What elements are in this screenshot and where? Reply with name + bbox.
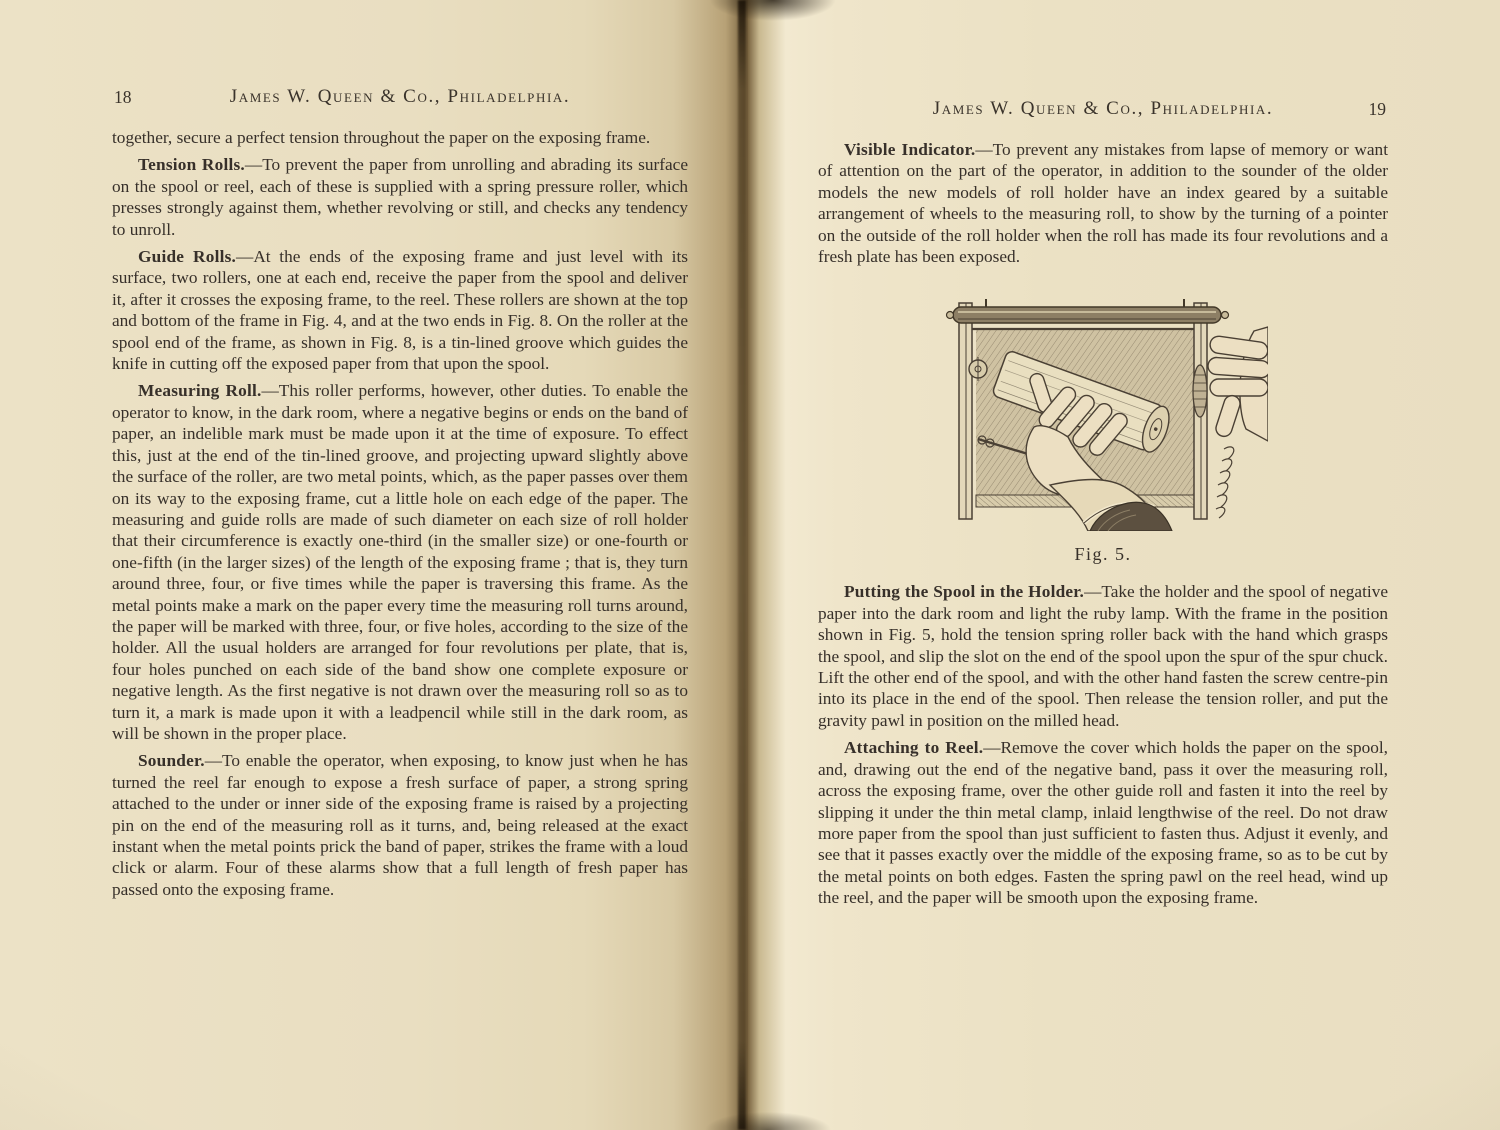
right-running-title: James W. Queen & Co., Philadelphia. [818,98,1388,120]
paragraph-text: —Remove the cover which holds the paper … [818,738,1388,907]
figure-5-caption: Fig. 5. [933,544,1273,565]
left-page-header: 18 James W. Queen & Co., Philadelphia. [112,86,688,112]
paragraph-lead: Measuring Roll. [138,381,262,400]
paragraph-measuring-roll: Measuring Roll.—This roller performs, ho… [112,380,688,744]
figure-5-illustration [938,291,1268,531]
book-scan: { "colors": { "paper": "#e9dec1", "paper… [0,0,1500,1130]
paragraph-lead: Attaching to Reel. [844,738,983,757]
milled-head [1193,365,1207,417]
paragraph-lead: Guide Rolls. [138,247,236,266]
paragraph-guide-rolls: Guide Rolls.—At the ends of the exposing… [112,246,688,374]
paragraph-tension-rolls: Tension Rolls.—To prevent the paper from… [112,154,688,240]
right-hand [1207,327,1268,441]
right-page-number: 19 [1369,99,1387,120]
paragraph-text: —Take the holder and the spool of negati… [818,582,1388,729]
paragraph-lead: Tension Rolls. [138,155,245,174]
paragraph-lead: Sounder. [138,751,205,770]
reel-roller [947,299,1229,329]
left-running-title: James W. Queen & Co., Philadelphia. [112,86,688,108]
figure-5: Fig. 5. [933,291,1273,565]
paragraph-lead: Putting the Spool in the Holder. [844,582,1084,601]
right-page-header: James W. Queen & Co., Philadelphia. 19 [818,98,1388,124]
spring-coil-squiggles [1216,447,1234,518]
paragraph-visible-indicator: Visible Indicator.—To prevent any mistak… [818,139,1388,267]
paragraph-sounder: Sounder.—To enable the operator, when ex… [112,750,688,900]
paragraph-text: together, secure a perfect tension throu… [112,128,650,147]
paragraph-attaching-reel: Attaching to Reel.—Remove the cover whic… [818,737,1388,908]
paragraph-lead: Visible Indicator. [844,140,975,159]
paragraph-continuation: together, secure a perfect tension throu… [112,127,688,148]
paragraph-putting-spool: Putting the Spool in the Holder.—Take th… [818,581,1388,731]
paragraph-text: —To enable the operator, when exposing, … [112,751,688,898]
paragraph-text: —This roller performs, however, other du… [112,381,688,743]
left-page: 18 James W. Queen & Co., Philadelphia. t… [112,86,688,906]
book-gutter [738,0,746,1130]
right-page: James W. Queen & Co., Philadelphia. 19 V… [818,98,1388,915]
